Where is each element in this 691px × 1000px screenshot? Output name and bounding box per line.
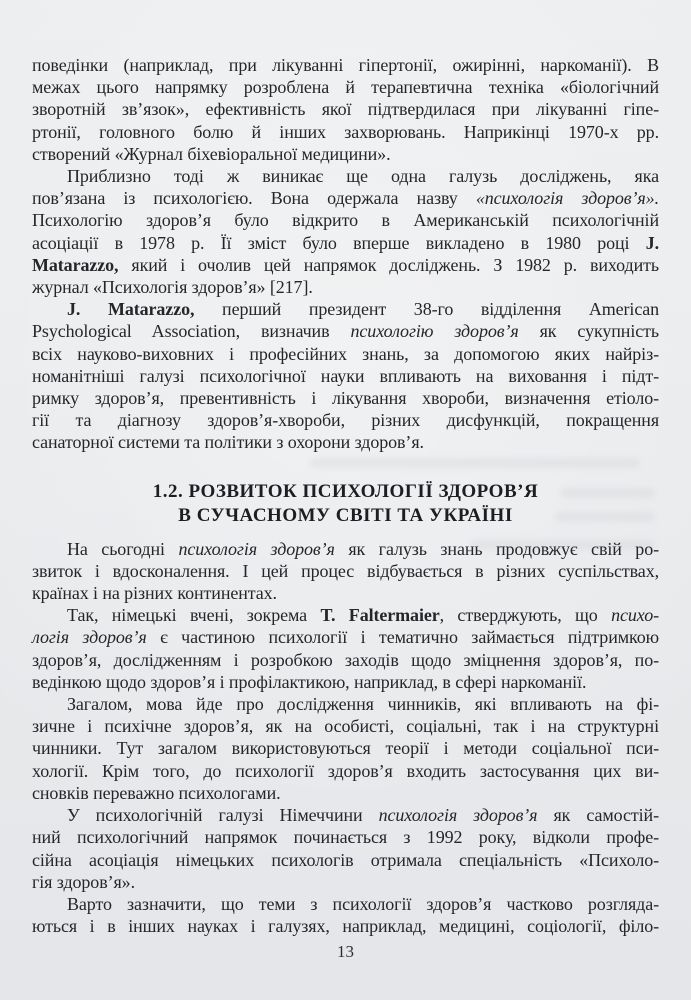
text-line: всіх науково-виховних і професійних знан…	[32, 343, 659, 365]
text-run: ртонії, головного болю й інших захворюва…	[32, 122, 659, 142]
text-line: гія здоров’я».	[32, 871, 659, 893]
text-run: гії та діагнозу здоров’я-хвороби, різних…	[32, 410, 659, 430]
paragraph: На сьогодні психологія здоров’я як галуз…	[32, 538, 659, 605]
paragraph: Загалом, мова йде про дослідження чинник…	[32, 693, 659, 804]
text-run: перший президент 38-го відділення Americ…	[194, 299, 659, 319]
text-run: Психологію здоров’я було відкрито в Амер…	[32, 210, 659, 230]
text-line: гії та діагнозу здоров’я-хвороби, різних…	[32, 409, 659, 431]
text-line: створений «Журнал біхевіоральної медицин…	[32, 143, 659, 165]
text-line: ються і в інших науках і галузях, наприк…	[32, 915, 659, 937]
text-line: хології. Крім того, до психології здоров…	[32, 760, 659, 782]
paragraph: У психологічній галузі Німеччини психоло…	[32, 804, 659, 893]
text-run: хології. Крім того, до психології здоров…	[32, 761, 659, 781]
text-run: країнах і на різних континентах.	[32, 583, 277, 603]
text-line: межах цього напрямку розроблена й терапе…	[32, 76, 659, 98]
text-run: як сукупність	[519, 321, 659, 341]
text-run: санаторної системи та політики з охорони…	[32, 432, 424, 452]
text-run: ведінкою щодо здоров’я і профілактикою, …	[32, 672, 586, 692]
text-run: чинники. Тут загалом використовуються те…	[32, 738, 659, 758]
text-line: сновків переважно психологами.	[32, 782, 659, 804]
text-run: ний психологічний напрямок починається з…	[32, 827, 659, 847]
text-run: журнал «Психологія здоров’я» [217].	[32, 277, 313, 297]
section-heading: 1.2. РОЗВИТОК ПСИХОЛОГІЇ ЗДОРОВ’ЯВ СУЧАС…	[32, 480, 659, 528]
bold-run: T. Faltermaier	[320, 605, 439, 625]
text-run: межах цього напрямку розроблена й терапе…	[32, 77, 659, 97]
text-run: який і очолив цей напрямок досліджень. З…	[118, 255, 659, 275]
heading-line: В СУЧАСНОМУ СВІТІ ТА УКРАЇНІ	[32, 504, 659, 528]
text-line: асоціації в 1978 р. Її зміст було вперше…	[32, 232, 659, 254]
italic-run: психологія здоров’я	[379, 805, 538, 825]
text-line: сійна асоціація німецьких психологів отр…	[32, 849, 659, 871]
text-run: гія здоров’я».	[32, 872, 135, 892]
text-line: ртонії, головного болю й інших захворюва…	[32, 121, 659, 143]
text-line: зворотній зв’язок», ефективність якої пі…	[32, 98, 659, 120]
text-run: сновків переважно психологами.	[32, 783, 281, 803]
text-run: ються і в інших науках і галузях, наприк…	[32, 916, 659, 936]
text-run: зичне і психічне здоров’я, як на особист…	[32, 716, 659, 736]
bold-run: J.	[646, 233, 659, 253]
text-line: чинники. Тут загалом використовуються те…	[32, 737, 659, 759]
text-run: римку здоров’я, превентивність і лікуван…	[32, 388, 659, 408]
text-line: країнах і на різних континентах.	[32, 582, 659, 604]
text-run: номанітніші галузі психологічної науки в…	[32, 366, 659, 386]
text-line: ний психологічний напрямок починається з…	[32, 826, 659, 848]
text-line: Варто зазначити, що теми з психології зд…	[32, 893, 659, 915]
text-line: логія здоров’я є частиною психології і т…	[32, 626, 659, 648]
bold-run: J. Matarazzo,	[67, 299, 194, 319]
text-run: є частиною психології і тематично займає…	[147, 627, 659, 647]
paragraph: Так, німецькі вчені, зокрема T. Falterma…	[32, 604, 659, 693]
text-line: Psychological Association, визначив псих…	[32, 320, 659, 342]
heading-line: 1.2. РОЗВИТОК ПСИХОЛОГІЇ ЗДОРОВ’Я	[32, 480, 659, 504]
paragraph: поведінки (наприклад, при лікуванні гіпе…	[32, 54, 659, 165]
text-run: У психологічній галузі Німеччини	[67, 805, 379, 825]
italic-run: психо-	[611, 605, 659, 625]
text-run: Psychological Association, визначив	[32, 321, 351, 341]
text-run: як галузь знань продовжує свій ро-	[335, 539, 659, 559]
text-run: На сьогодні	[67, 539, 178, 559]
text-line: пов’язана із психологією. Вона одержала …	[32, 187, 659, 209]
text-run: як самостій-	[537, 805, 659, 825]
text-line: Приблизно тоді ж виникає ще одна галузь …	[32, 165, 659, 187]
italic-run: логія здоров’я	[32, 627, 147, 647]
paragraph: J. Matarazzo, перший президент 38-го від…	[32, 298, 659, 453]
text-line: журнал «Психологія здоров’я» [217].	[32, 276, 659, 298]
text-block: поведінки (наприклад, при лікуванні гіпе…	[32, 54, 659, 937]
paragraph: Приблизно тоді ж виникає ще одна галузь …	[32, 165, 659, 298]
text-run: Загалом, мова йде про дослідження чинник…	[67, 694, 659, 714]
bold-run: Matarazzo,	[32, 255, 118, 275]
text-run: Варто зазначити, що теми з психології зд…	[67, 894, 659, 914]
italic-run: психологія здоров’я	[178, 539, 334, 559]
text-line: У психологічній галузі Німеччини психоло…	[32, 804, 659, 826]
text-line: зичне і психічне здоров’я, як на особист…	[32, 715, 659, 737]
text-run: сійна асоціація німецьких психологів отр…	[32, 850, 659, 870]
text-line: Загалом, мова йде про дослідження чинник…	[32, 693, 659, 715]
page-number: 13	[0, 942, 691, 962]
text-line: санаторної системи та політики з охорони…	[32, 431, 659, 453]
text-line: Matarazzo, який і очолив цей напрямок до…	[32, 254, 659, 276]
text-run: пов’язана із психологією. Вона одержала …	[32, 188, 476, 208]
text-line: На сьогодні психологія здоров’я як галуз…	[32, 538, 659, 560]
text-run: асоціації в 1978 р. Її зміст було вперше…	[32, 233, 646, 253]
text-run: зворотній зв’язок», ефективність якої пі…	[32, 99, 659, 119]
text-run: поведінки (наприклад, при лікуванні гіпе…	[32, 55, 659, 75]
text-run: , стверджують, що	[440, 605, 611, 625]
paragraph: Варто зазначити, що теми з психології зд…	[32, 893, 659, 937]
text-line: здоров’я, дослідженням і розробкою заход…	[32, 649, 659, 671]
text-line: звиток і вдосконалення. І цей процес від…	[32, 560, 659, 582]
text-line: римку здоров’я, превентивність і лікуван…	[32, 387, 659, 409]
italic-run: психологію здоров’я	[351, 321, 519, 341]
text-line: Так, німецькі вчені, зокрема T. Falterma…	[32, 604, 659, 626]
text-line: номанітніші галузі психологічної науки в…	[32, 365, 659, 387]
text-line: ведінкою щодо здоров’я і профілактикою, …	[32, 671, 659, 693]
scanned-page: поведінки (наприклад, при лікуванні гіпе…	[0, 0, 691, 1000]
text-line: Психологію здоров’я було відкрито в Амер…	[32, 209, 659, 231]
text-run: здоров’я, дослідженням і розробкою заход…	[32, 650, 659, 670]
text-line: поведінки (наприклад, при лікуванні гіпе…	[32, 54, 659, 76]
text-run: створений «Журнал біхевіоральної медицин…	[32, 144, 390, 164]
text-run: Так, німецькі вчені, зокрема	[67, 605, 320, 625]
italic-run: «психологія здоров’я».	[476, 188, 659, 208]
text-run: звиток і вдосконалення. І цей процес від…	[32, 561, 659, 581]
text-run: всіх науково-виховних і професійних знан…	[32, 344, 659, 364]
text-line: J. Matarazzo, перший президент 38-го від…	[32, 298, 659, 320]
text-run: Приблизно тоді ж виникає ще одна галузь …	[67, 166, 659, 186]
